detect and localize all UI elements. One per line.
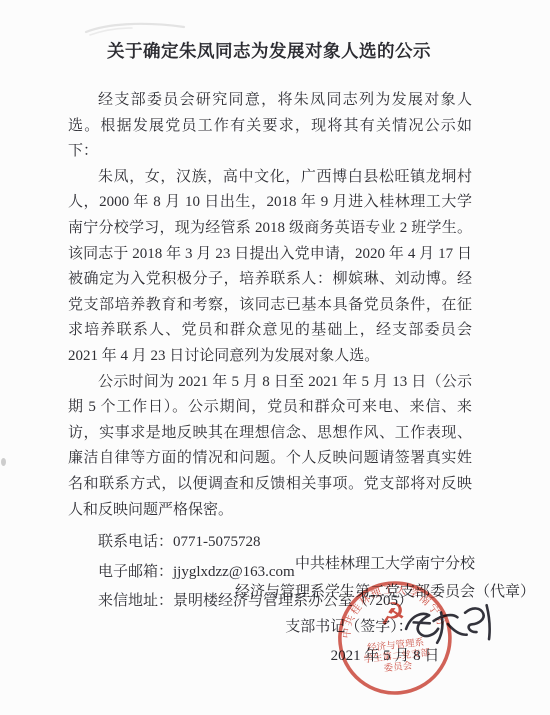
- org-line-1: 中共桂林理工大学南宁分校: [228, 554, 542, 574]
- official-seal: 中共桂林理工大学南宁分校 ☭ 经济与管理系 学生第二党支部 委员会: [329, 566, 460, 712]
- paragraph-candidate-info: 朱凤，女，汉族，高中文化，广西博白县松旺镇龙垌村人，2000 年 8 月 10 …: [68, 165, 472, 370]
- contact-email-label: 电子邮箱：: [98, 564, 173, 580]
- contact-phone-value: 0771-5075728: [173, 534, 261, 550]
- party-emblem-icon: ☭: [377, 596, 407, 634]
- contact-address-label: 来信地址：: [98, 593, 173, 609]
- document-body: 经支部委员会研究同意，将朱凤同志列为发展对象人选。根据发展党员工作有关要求，现将…: [68, 88, 472, 615]
- document-title: 关于确定朱凤同志为发展对象人选的公示: [68, 38, 470, 63]
- contact-phone-line: 联系电话：0771-5075728: [68, 530, 472, 556]
- paragraph-intro: 经支部委员会研究同意，将朱凤同志列为发展对象人选。根据发展党员工作有关要求，现将…: [68, 88, 472, 165]
- contact-phone-label: 联系电话：: [98, 534, 173, 550]
- scan-speck: [1, 458, 6, 466]
- paragraph-publicity-period: 公示时间为 2021 年 5 月 8 日至 2021 年 5 月 13 日（公示…: [68, 370, 472, 524]
- document-page: 关于确定朱凤同志为发展对象人选的公示 经支部委员会研究同意，将朱凤同志列为发展对…: [0, 0, 550, 715]
